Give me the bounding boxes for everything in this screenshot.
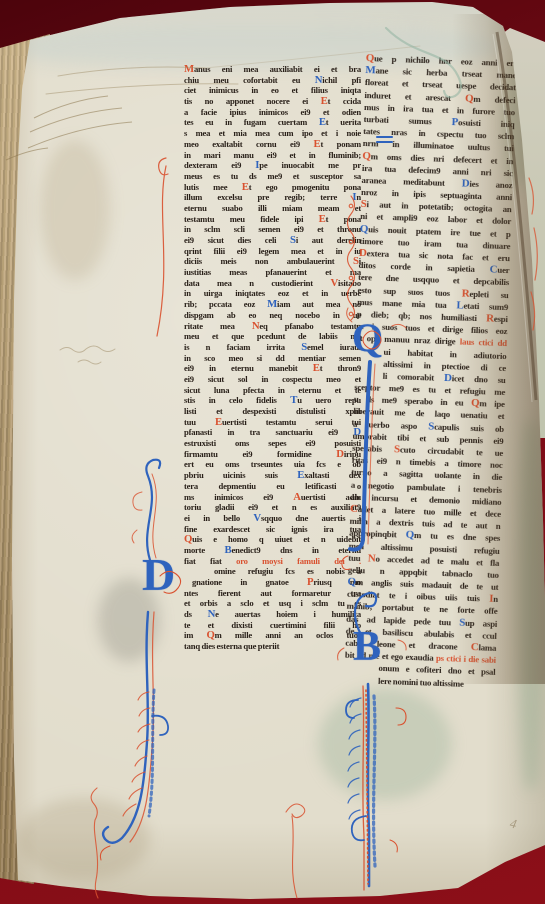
text-line: iustitias meas pfanauerint et ma bbox=[184, 267, 361, 278]
text-line: eternu suabo illi miam meam et bbox=[184, 203, 361, 214]
text-line: ei9 sicut sol in cospectu meo et bbox=[184, 374, 361, 385]
text-line: lutis mee Et ego pmogenitu pona bbox=[184, 182, 361, 193]
text-line: listi et despexisti distulisti xpm bbox=[184, 406, 361, 417]
text-line: Manus eni mea auxiliabit ei et bra bbox=[184, 64, 361, 75]
text-line: tuu Euertisti testamtu serui tui bbox=[184, 417, 361, 428]
text-line: ds Ne auertas hoiem i humilita bbox=[184, 609, 361, 620]
text-line: in sclm scli semen ei9 et thronu bbox=[184, 224, 361, 235]
text-line: in mari manu ei9 et in fluminib; bbox=[184, 150, 361, 161]
text-line: ei9 in eternu manebit Et thron9 bbox=[184, 363, 361, 374]
text-line: fine exardescet sic ignis ira tua bbox=[184, 524, 361, 535]
parchment-page: Manus eni mea auxiliabit ei et brachiu m… bbox=[0, 0, 545, 904]
text-line: stis in celo fidelis Tu uero repu bbox=[184, 395, 361, 406]
text-line: sicut luna pfecta in eternu et te bbox=[184, 385, 361, 396]
text-line: tanq dies esterna que pteriit bbox=[184, 641, 361, 652]
text-line: ritate mea Neq pfanabo testamtu bbox=[184, 321, 361, 332]
text-line: ntes fierent aut formaretur tra bbox=[184, 588, 361, 599]
text-line: fiat fiat oro moysi famuli dei . bbox=[184, 556, 361, 567]
text-line: Quis e homo q uiuet et n uidebit bbox=[184, 534, 361, 545]
text-line: s mea et mia mea cum ipo et i noie bbox=[184, 128, 361, 139]
text-line: tes eu in fugam cuertam Et uerita bbox=[184, 117, 361, 128]
text-column-left: Manus eni mea auxiliabit ei et brachiu m… bbox=[184, 64, 361, 652]
text-line: et orbis a sclo et usq i sclm tu es bbox=[184, 598, 361, 609]
text-line: pbriu uicinis suis Exaltasti dex bbox=[184, 470, 361, 481]
text-line: data mea n custodierint Visitabo bbox=[184, 278, 361, 289]
text-line: dexteram ei9 Ipe inuocabit me pr bbox=[184, 160, 361, 171]
text-line: is n faciam irrita Semel iuraui bbox=[184, 342, 361, 353]
text-line: estruxisti oms sepes ei9 posuisti bbox=[184, 438, 361, 449]
text-line: gnatione in gnatoe Priusq mo bbox=[184, 577, 361, 588]
text-line: toriu gladii ei9 et n es auxiliat9 bbox=[184, 502, 361, 513]
corner-grime-stain bbox=[18, 798, 150, 880]
text-line: pfanasti in tra sanctuariu ei9 D bbox=[184, 427, 361, 438]
text-line: ei9 sicut dies celi Si aut derelin bbox=[184, 235, 361, 246]
text-line: chiu meu cofortabit eu Nichil pfi bbox=[184, 75, 361, 86]
text-line: omine refugiu fcs es nobis a bbox=[184, 566, 361, 577]
text-line: te et dixisti cuertimini filii ho bbox=[184, 620, 361, 631]
text-line: a facie ipius inimicos ei9 et odien bbox=[184, 107, 361, 118]
text-line: meus es tu ds me9 et susceptor sa bbox=[184, 171, 361, 182]
green-wash-stain bbox=[318, 688, 452, 800]
text-line: tis no apponet nocere ei Et ccida bbox=[184, 96, 361, 107]
text-line: in uirga iniqtates eoz et in uerbe bbox=[184, 288, 361, 299]
parchment-stain bbox=[40, 140, 110, 280]
text-line: ciet inimicus in eo et filius iniqta bbox=[184, 85, 361, 96]
text-line: in sco meo si dd mentiar semen bbox=[184, 353, 361, 364]
illuminated-initial-b: B bbox=[353, 626, 381, 668]
folio-mark: 4 bbox=[508, 815, 518, 832]
text-line: morte Benedict9 dns in eternu bbox=[184, 545, 361, 556]
text-line: qrint filii ei9 legem mea et in iu bbox=[184, 246, 361, 257]
text-line: tera depmentiu eu letificasti o bbox=[184, 481, 361, 492]
text-line: firmamtu ei9 formidine Diripu bbox=[184, 449, 361, 460]
text-line: dispgam ab eo neq nocebo in ue bbox=[184, 310, 361, 321]
text-line: diciis meis non ambulauerint Si bbox=[184, 256, 361, 267]
illuminated-initial-d: D bbox=[142, 552, 175, 598]
illuminated-initial-q: Q bbox=[352, 318, 383, 358]
text-line: testamtu meu fidele ipi Et pona bbox=[184, 214, 361, 225]
manuscript-photo: Manus eni mea auxiliabit ei et brachiu m… bbox=[0, 0, 545, 904]
text-line: ms inimicos ei9 Auertisti adiu bbox=[184, 492, 361, 503]
text-line: illum excelsu pre regib; terre In bbox=[184, 192, 361, 203]
text-line: rib; pccata eoz Miam aut mea no bbox=[184, 299, 361, 310]
text-line: ei in bello Vsqquo dne auertis i bbox=[184, 513, 361, 524]
text-line: meo exaltabit cornu ei9 Et ponam bbox=[184, 139, 361, 150]
text-line: im Qm mille anni an oclos tuos bbox=[184, 630, 361, 641]
text-line: ert eu oms trseuntes uia fcs e ob bbox=[184, 459, 361, 470]
text-line: meu et que pcedunt de labiis me bbox=[184, 331, 361, 342]
